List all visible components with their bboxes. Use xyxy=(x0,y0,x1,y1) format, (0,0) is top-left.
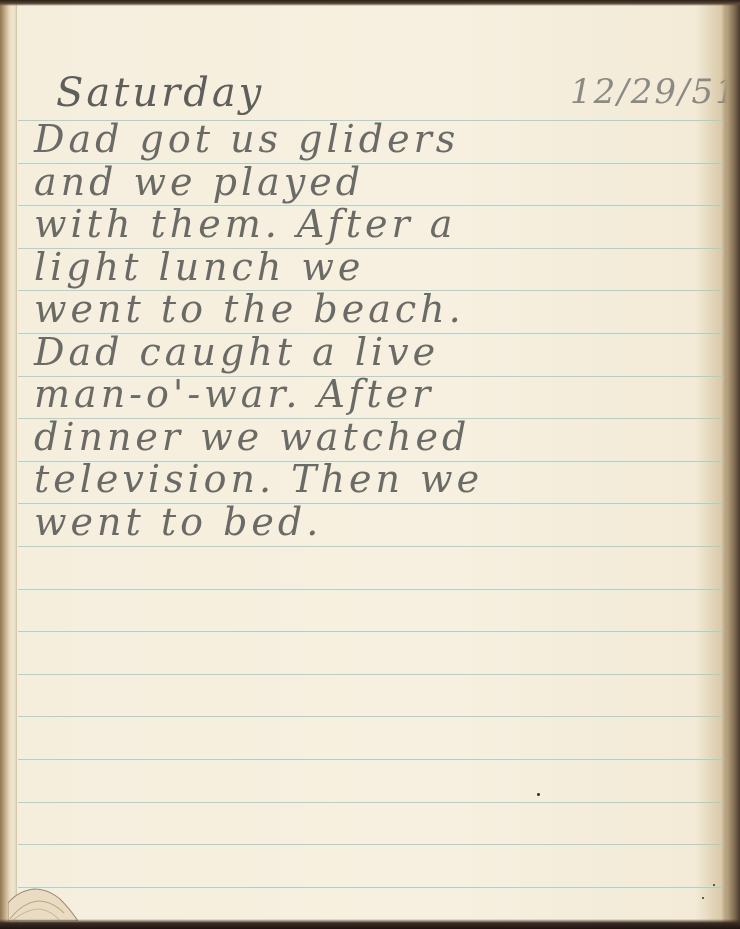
entry-line-3: with them. After a xyxy=(34,202,456,246)
ruled-line xyxy=(18,631,724,632)
diary-page: Saturday 12/29/51 Dad got us gliders and… xyxy=(0,0,740,929)
entry-line-10: went to bed. xyxy=(34,500,322,544)
page-bottom-edge xyxy=(0,919,740,929)
ruled-line xyxy=(18,759,724,760)
paper-speck xyxy=(537,793,540,796)
entry-line-7: man-o'-war. After xyxy=(34,372,434,416)
folded-corner-icon xyxy=(8,861,78,921)
page-binding-edge xyxy=(0,0,17,929)
entry-line-6: Dad caught a live xyxy=(34,330,439,374)
ruled-line xyxy=(18,887,724,888)
entry-line-9: television. Then we xyxy=(34,457,483,501)
ruled-line xyxy=(18,674,724,675)
entry-line-4: light lunch we xyxy=(34,245,364,289)
ruled-line xyxy=(18,589,724,590)
entry-line-1: Dad got us gliders xyxy=(34,117,459,161)
paper-speck xyxy=(713,884,715,886)
entry-date: 12/29/51 xyxy=(570,72,739,112)
ruled-line xyxy=(18,844,724,845)
entry-line-8: dinner we watched xyxy=(34,415,470,459)
page-margin-line xyxy=(16,8,17,913)
entry-line-2: and we played xyxy=(34,160,364,204)
paper-speck xyxy=(702,897,704,899)
ruled-line xyxy=(18,716,724,717)
entry-day-heading: Saturday xyxy=(56,70,264,116)
entry-line-5: went to the beach. xyxy=(34,287,465,331)
ruled-line xyxy=(18,546,724,547)
ruled-line xyxy=(18,802,724,803)
page-top-edge xyxy=(0,0,740,6)
page-gutter-shadow xyxy=(722,0,740,929)
